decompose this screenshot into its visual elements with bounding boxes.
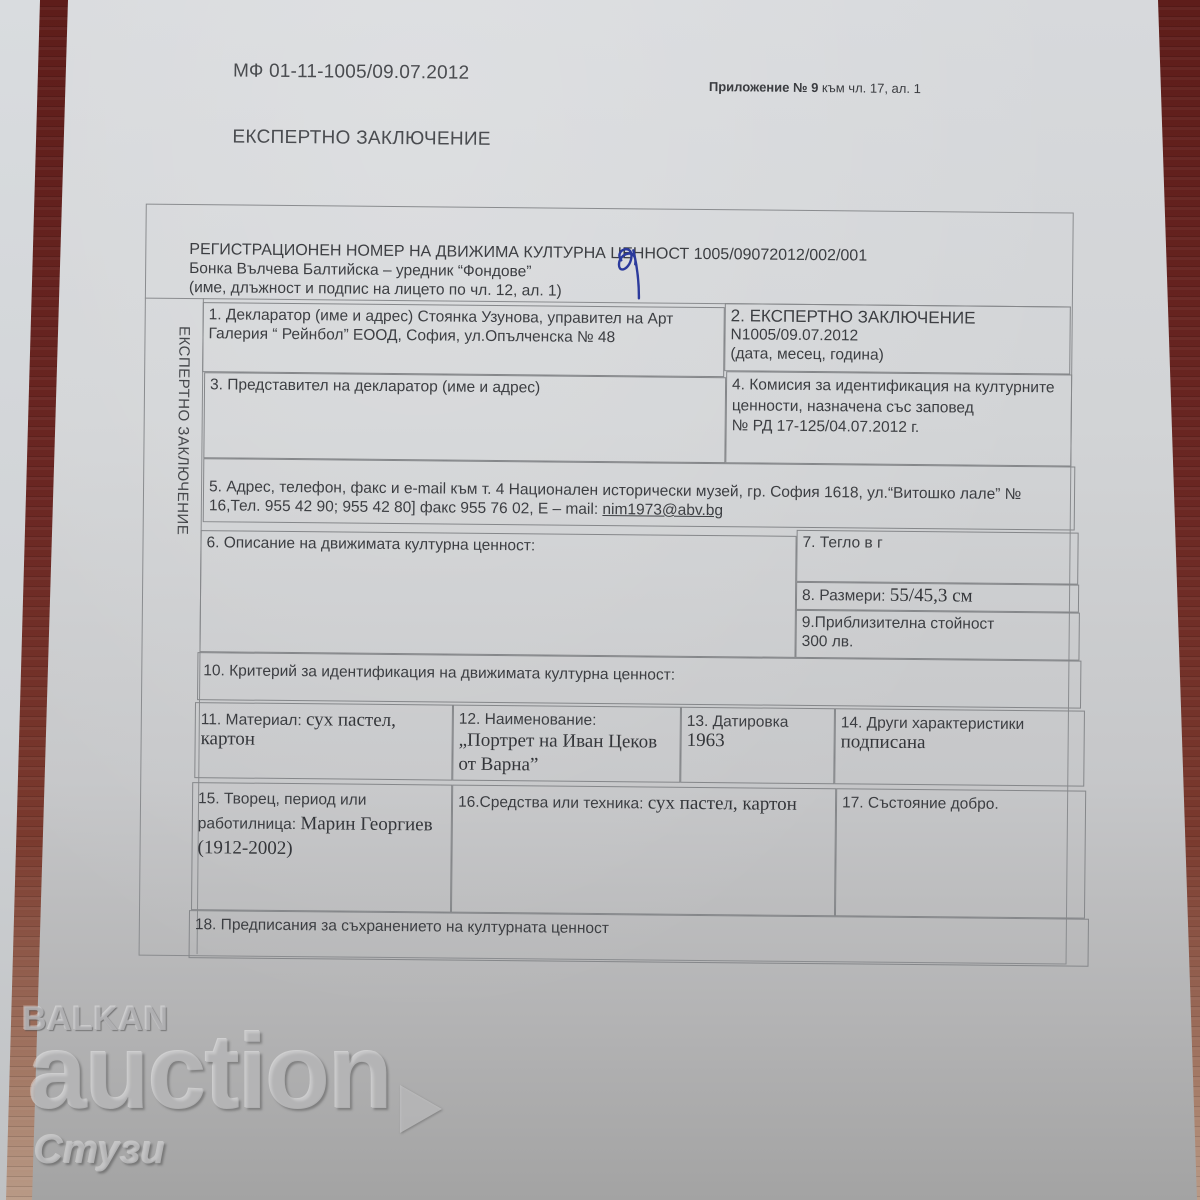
handwritten-signature xyxy=(603,240,664,311)
watermark-seller: Стузи xyxy=(34,1128,165,1173)
balkan-auction-watermark: BALKAN auction Стузи xyxy=(8,990,468,1190)
field-10-criterion: 10. Критерий за идентификация на движима… xyxy=(197,652,1081,708)
field-11-material: 11. Материал: сух пастел, картон xyxy=(194,702,453,780)
field-13-dating: 13. Датировка 1963 xyxy=(680,707,835,784)
field-15-creator: 15. Творец, период или работилница: Мари… xyxy=(191,782,452,912)
document-code: МФ 01-11-1005/09.07.2012 xyxy=(233,60,469,84)
registration-block: РЕГИСТРАЦИОНЕН НОМЕР НА ДВИЖИМА КУЛТУРНА… xyxy=(189,240,867,304)
field-6-description: 6. Описание на движимата културна ценнос… xyxy=(199,530,796,658)
field-12-title: 12. Наименование: „Портрет на Иван Цеков… xyxy=(452,705,681,783)
side-label: ЕКСПЕРТНО ЗАКЛЮЧЕНИЕ xyxy=(150,326,192,586)
field-9-approx-value: 9.Приблизителна стойност 300 лв. xyxy=(795,610,1079,661)
field-3-representative: 3. Представител на декларатор (име и адр… xyxy=(203,372,726,463)
watermark-brand-main: auction xyxy=(28,1012,391,1133)
annex-article: към чл. 17, ал. 1 xyxy=(818,80,921,96)
field-1-declarant: 1. Декларатор (име и адрес) Стоянка Узун… xyxy=(202,302,725,377)
document-title: ЕКСПЕРТНО ЗАКЛЮЧЕНИЕ xyxy=(232,126,491,150)
field-18-preservation: 18. Предписания за съхранението на култу… xyxy=(189,910,1089,967)
field-2-expert-conclusion: 2. ЕКСПЕРТНО ЗАКЛЮЧЕНИЕ N1005/09.07.2012… xyxy=(724,303,1071,374)
email-link[interactable]: nim1973@abv.bg xyxy=(602,501,723,519)
annex-number: Приложение № 9 xyxy=(709,79,819,95)
field-5-address: 5. Адрес, телефон, факс и e-mail към т. … xyxy=(203,458,1076,530)
field-8-dimensions: 8. Размери: 55/45,3 см xyxy=(796,582,1079,613)
play-arrow-icon xyxy=(400,1085,442,1133)
field-4-commission: 4. Комисия за идентификация на културнит… xyxy=(725,371,1072,466)
annex-reference: Приложение № 9 към чл. 17, ал. 1 xyxy=(709,79,921,96)
field-7-weight: 7. Тегло в г xyxy=(796,530,1078,585)
field-14-other-characteristics: 14. Други характеристики подписана xyxy=(834,708,1085,786)
field-16-technique: 16.Средства или техника: сух пастел, кар… xyxy=(451,785,836,917)
field-17-condition: 17. Състояние добро. xyxy=(835,788,1086,918)
